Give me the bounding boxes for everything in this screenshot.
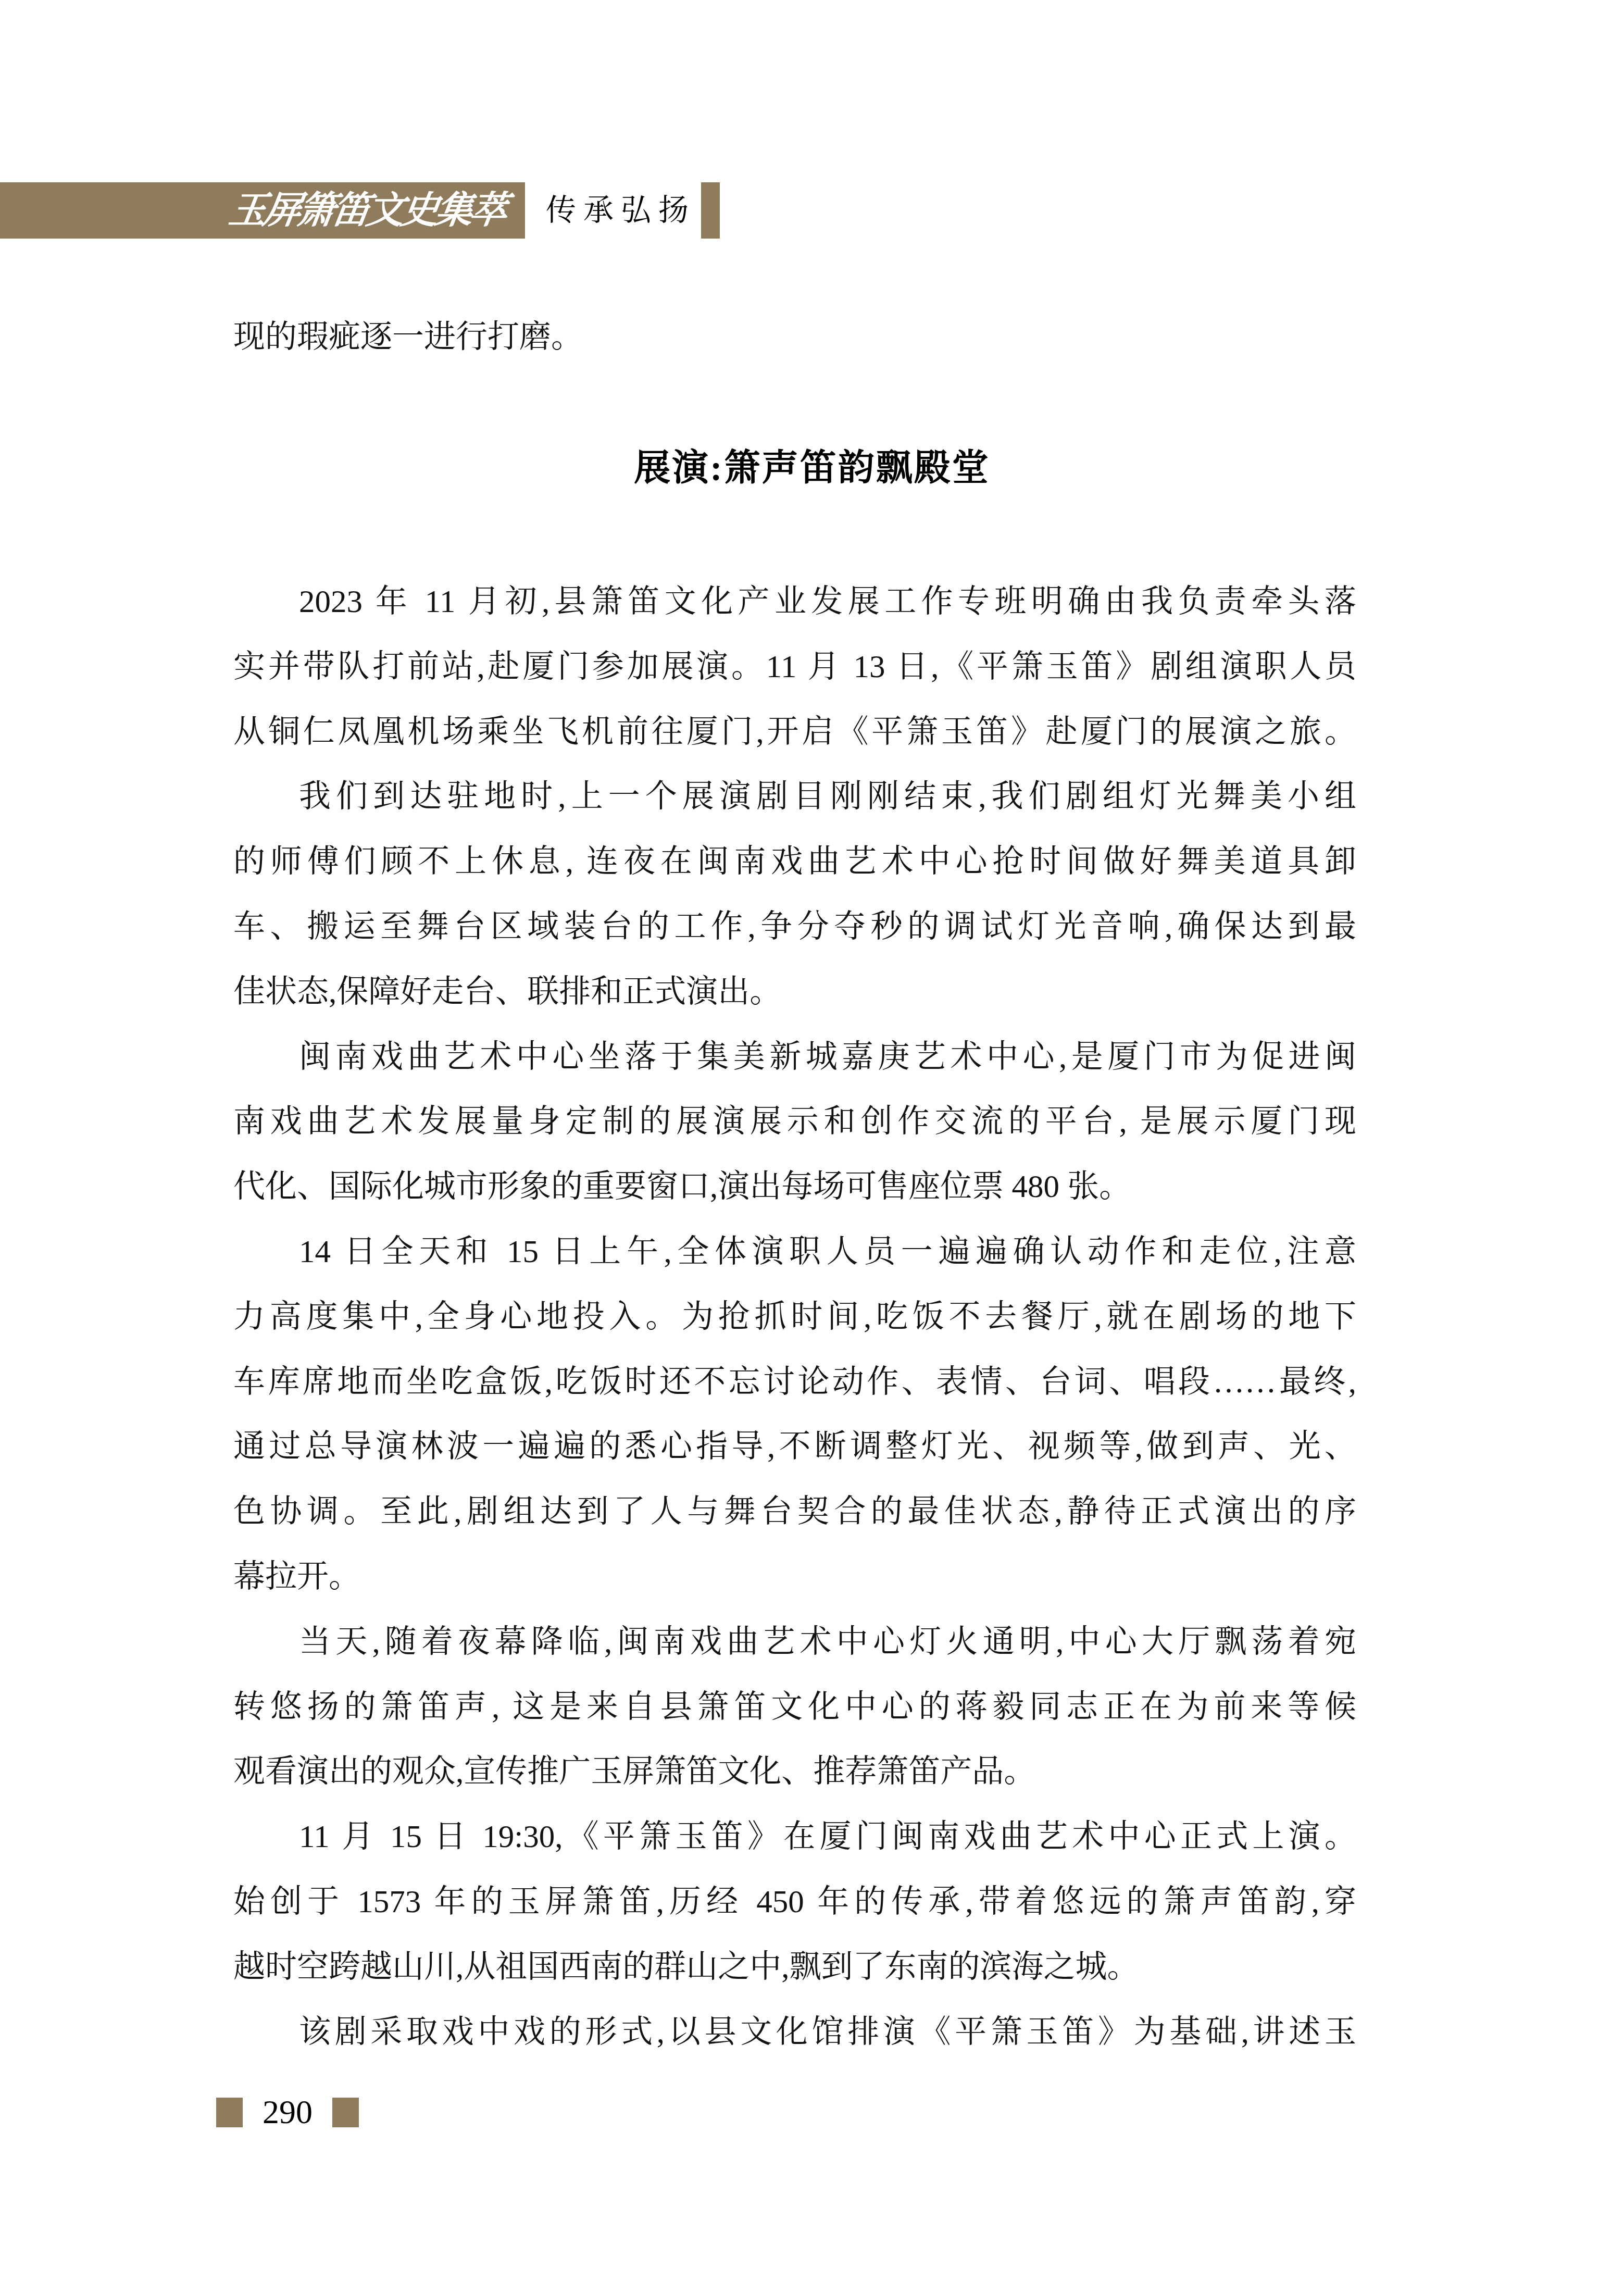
body-line: 转悠扬的箫笛声, 这是来自县箫笛文化中心的蒋毅同志正在为前来等候 <box>233 1675 1356 1740</box>
body-line: 车库席地而坐吃盒饭,吃饭时还不忘讨论动作、表情、台词、唱段……最终, <box>233 1350 1356 1415</box>
series-title-calligraphy: 玉屏箫笛文史集萃 <box>226 186 508 234</box>
page-number: 290 <box>263 2097 313 2127</box>
body-line: 当天,随着夜幕降临,闽南戏曲艺术中心灯火通明,中心大厅飘荡着宛 <box>233 1610 1356 1675</box>
body-line: 我们到达驻地时,上一个展演剧目刚刚结束,我们剧组灯光舞美小组 <box>233 765 1356 830</box>
body-line: 幕拉开。 <box>233 1545 1356 1610</box>
body-line: 佳状态,保障好走台、联排和正式演出。 <box>233 960 1356 1025</box>
body-line: 始创于 1573 年的玉屏箫笛,历经 450 年的传承,带着悠远的箫声笛韵,穿 <box>233 1870 1356 1935</box>
footer: 290 <box>216 2097 359 2127</box>
body-line: 代化、国际化城市形象的重要窗口,演出每场可售座位票 480 张。 <box>233 1155 1356 1220</box>
body-line: 越时空跨越山川,从祖国西南的群山之中,飘到了东南的滨海之城。 <box>233 1935 1356 2000</box>
body-line: 力高度集中,全身心地投入。为抢抓时间,吃饭不去餐厅,就在剧场的地下 <box>233 1285 1356 1350</box>
carryover-line: 现的瑕疵逐一进行打磨。 <box>233 305 1356 370</box>
body-line: 车、搬运至舞台区域装台的工作,争分夺秒的调试灯光音响,确保达到最 <box>233 895 1356 960</box>
body-line: 该剧采取戏中戏的形式,以县文化馆排演《平箫玉笛》为基础,讲述玉 <box>233 2000 1356 2065</box>
body-line: 11 月 15 日 19:30,《平箫玉笛》在厦门闽南戏曲艺术中心正式上演。 <box>233 1805 1356 1870</box>
body-line: 色协调。至此,剧组达到了人与舞台契合的最佳状态,静待正式演出的序 <box>233 1480 1356 1545</box>
body-line: 观看演出的观众,宣传推广玉屏箫笛文化、推荐箫笛产品。 <box>233 1740 1356 1805</box>
footer-right-square <box>332 2098 359 2127</box>
body-line: 通过总导演林波一遍遍的悉心指导,不断调整灯光、视频等,做到声、光、 <box>233 1415 1356 1480</box>
body-line: 2023 年 11 月初,县箫笛文化产业发展工作专班明确由我负责牵头落 <box>233 570 1356 635</box>
header-banner-bar: 玉屏箫笛文史集萃 <box>0 182 525 239</box>
section-title: 展演:箫声笛韵飘殿堂 <box>0 448 1624 490</box>
body-line: 的师傅们顾不上休息, 连夜在闽南戏曲艺术中心抢时间做好舞美道具卸 <box>233 830 1356 895</box>
footer-left-square <box>216 2098 243 2127</box>
body-line: 闽南戏曲艺术中心坐落于集美新城嘉庚艺术中心,是厦门市为促进闽 <box>233 1025 1356 1090</box>
body-text-block: 2023 年 11 月初,县箫笛文化产业发展工作专班明确由我负责牵头落 实并带队… <box>233 570 1356 2065</box>
body-line: 从铜仁凤凰机场乘坐飞机前往厦门,开启《平箫玉笛》赴厦门的展演之旅。 <box>233 700 1356 765</box>
body-line: 实并带队打前站,赴厦门参加展演。11 月 13 日,《平箫玉笛》剧组演职人员 <box>233 635 1356 700</box>
chapter-label: 传承弘扬 <box>546 191 696 230</box>
body-line: 14 日全天和 15 日上午,全体演职人员一遍遍确认动作和走位,注意 <box>233 1220 1356 1285</box>
book-page: 玉屏箫笛文史集萃 传承弘扬 现的瑕疵逐一进行打磨。 展演:箫声笛韵飘殿堂 202… <box>0 0 1624 2269</box>
header-accent-block <box>701 182 720 239</box>
body-line: 南戏曲艺术发展量身定制的展演展示和创作交流的平台, 是展示厦门现 <box>233 1090 1356 1155</box>
